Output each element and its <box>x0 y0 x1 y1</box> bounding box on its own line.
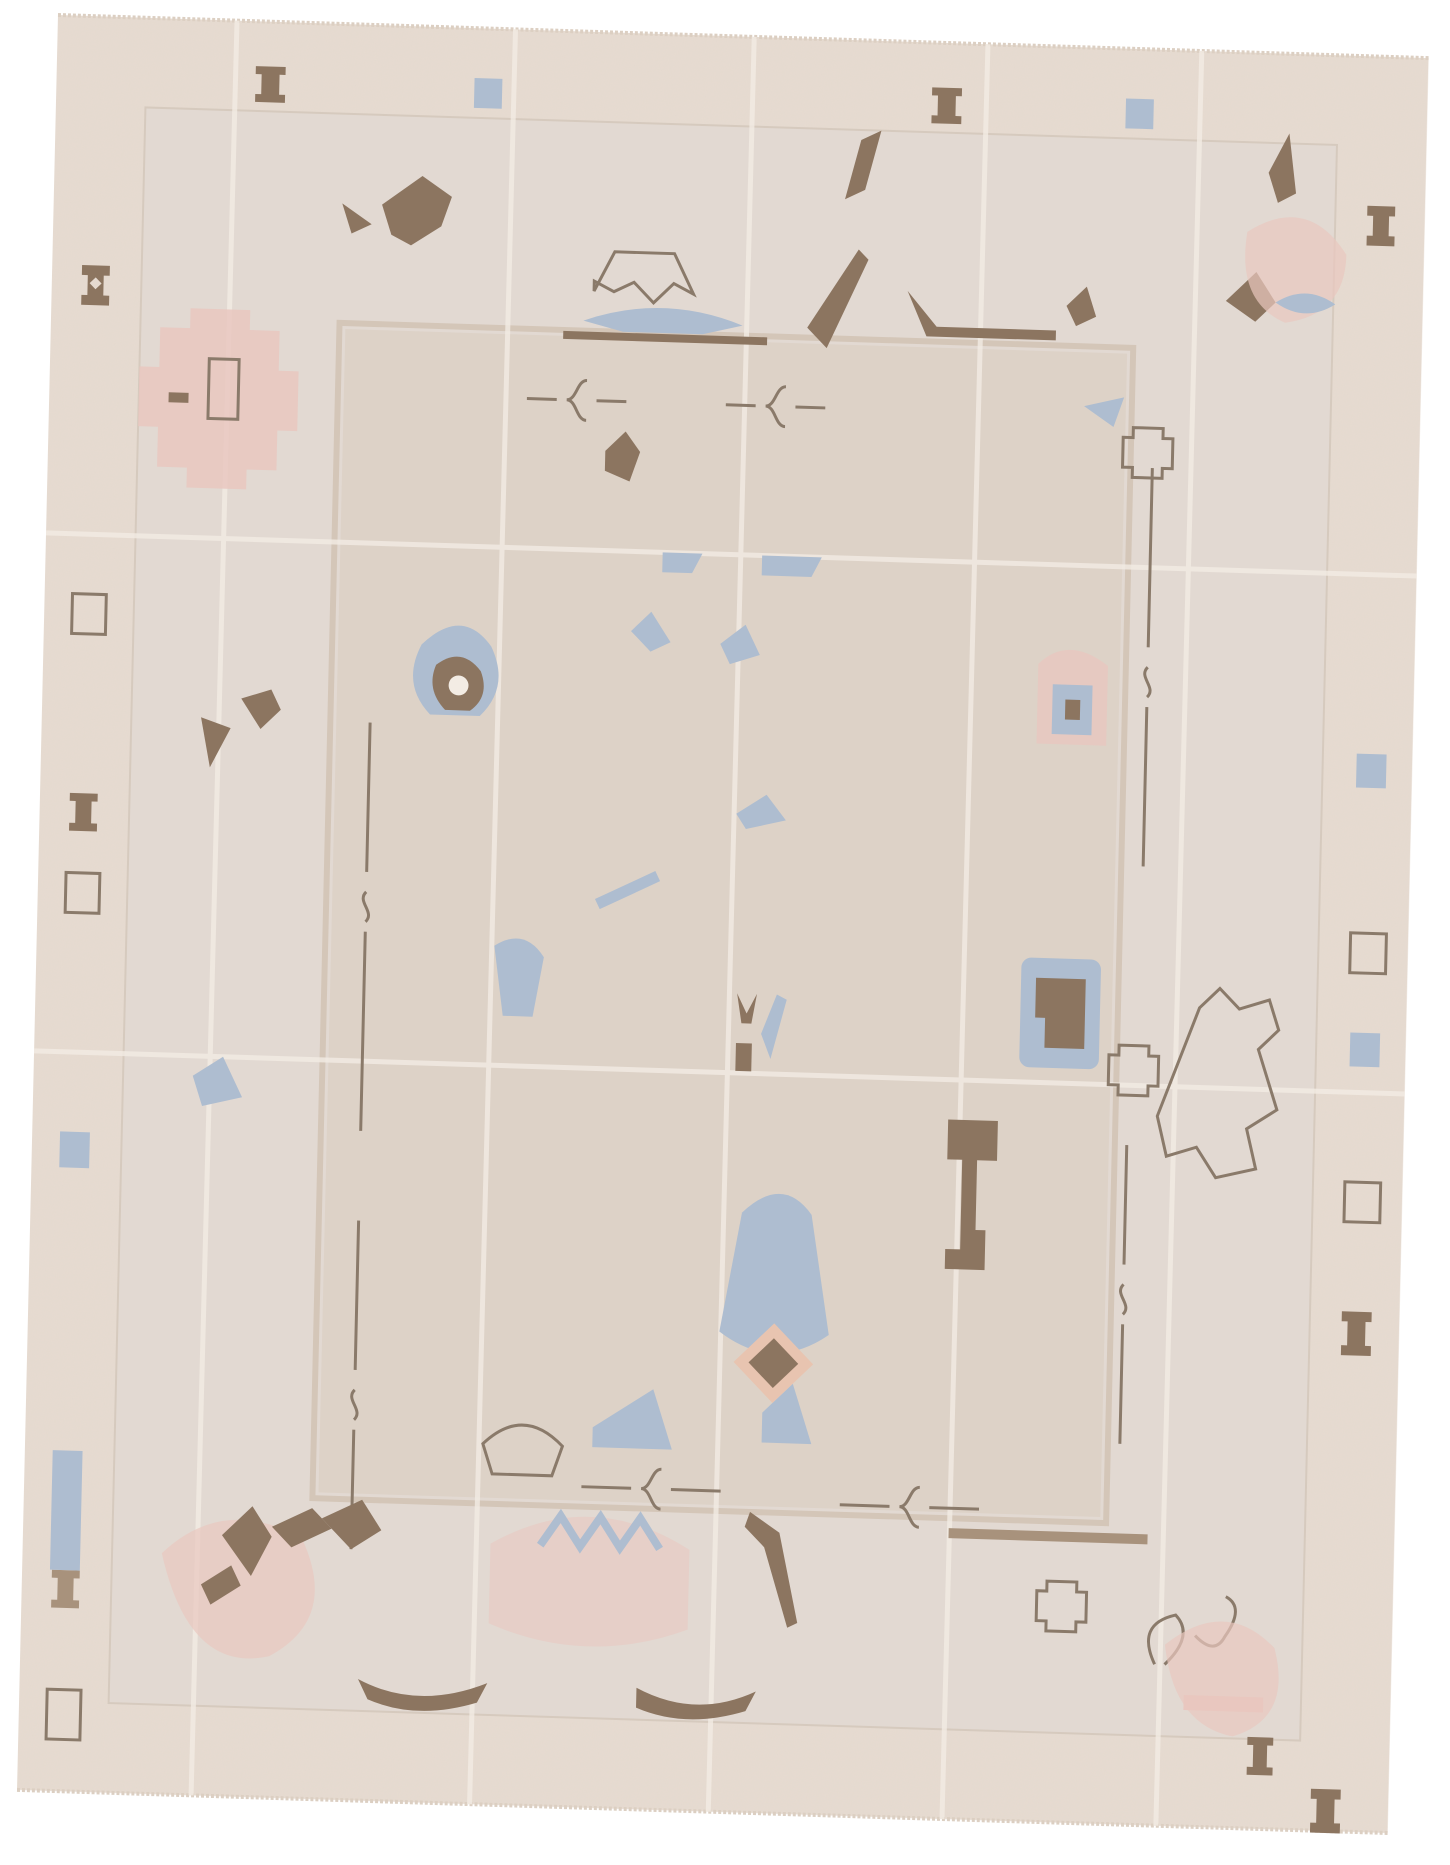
rug-photo <box>0 0 1450 1865</box>
right-blue-flower <box>1019 957 1101 1069</box>
right-pink-flower <box>1037 649 1109 746</box>
top-left-pink-medallion <box>137 307 300 491</box>
rug <box>17 15 1429 1835</box>
